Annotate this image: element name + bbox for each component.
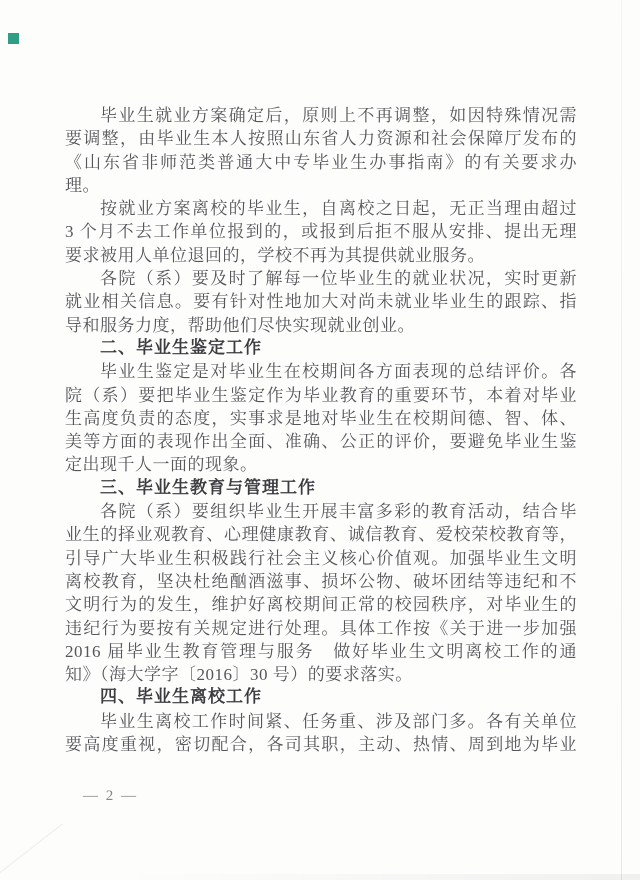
scan-edge-line bbox=[621, 0, 622, 880]
text-line: 理。 bbox=[65, 174, 577, 197]
text-line: 引导广大毕业生积极践行社会主义核心价值观。加强毕业生文明 bbox=[65, 547, 577, 570]
text-line: 导和服务力度，帮助他们尽快实现就业创业。 bbox=[65, 314, 577, 337]
text-line: 各院（系）要组织毕业生开展丰富多彩的教育活动，结合毕 bbox=[65, 500, 577, 523]
text-line: 要高度重视，密切配合，各司其职，主动、热情、周到地为毕业 bbox=[65, 733, 577, 756]
document-body: 毕业生就业方案确定后，原则上不再调整，如因特殊情况需 要调整，由毕业生本人按照山… bbox=[65, 104, 577, 756]
text-line: 3 个月不去工作单位报到的，或报到后拒不服从安排、提出无理 bbox=[65, 220, 577, 243]
text-line: 违纪行为要按有关规定进行处理。具体工作按《关于进一步加强 bbox=[65, 617, 577, 640]
text-line: 离校教育，坚决杜绝酗酒滋事、损坏公物、破坏团结等违纪和不 bbox=[65, 570, 577, 593]
scanned-document-page: 毕业生就业方案确定后，原则上不再调整，如因特殊情况需 要调整，由毕业生本人按照山… bbox=[0, 0, 640, 880]
text-line: 美等方面的表现作出全面、准确、公正的评价，要避免毕业生鉴 bbox=[65, 430, 577, 453]
text-line: 毕业生离校工作时间紧、任务重、涉及部门多。各有关单位 bbox=[65, 710, 577, 733]
text-line: 知》（海大学字〔2016〕30 号）的要求落实。 bbox=[65, 663, 577, 686]
page-number: — 2 — bbox=[83, 788, 138, 805]
text-line: 业生的择业观教育、心理健康教育、诚信教育、爱校荣校教育等， bbox=[65, 523, 577, 546]
section-heading: 四、毕业生离校工作 bbox=[65, 686, 577, 709]
text-line: 毕业生鉴定是对毕业生在校期间各方面表现的总结评价。各 bbox=[65, 360, 577, 383]
text-line: 按就业方案离校的毕业生，自离校之日起，无正当理由超过 bbox=[65, 197, 577, 220]
text-line: 院（系）要把毕业生鉴定作为毕业教育的重要环节，本着对毕业 bbox=[65, 384, 577, 407]
text-line: 要调整，由毕业生本人按照山东省人力资源和社会保障厅发布的 bbox=[65, 127, 577, 150]
scan-bottom-shadow bbox=[120, 874, 640, 880]
scan-crease bbox=[0, 823, 63, 879]
section-heading: 二、毕业生鉴定工作 bbox=[65, 337, 577, 360]
text-line: 各院（系）要及时了解每一位毕业生的就业状况，实时更新 bbox=[65, 267, 577, 290]
text-line: 就业相关信息。要有针对性地加大对尚未就业毕业生的跟踪、指 bbox=[65, 290, 577, 313]
text-line: 毕业生就业方案确定后，原则上不再调整，如因特殊情况需 bbox=[65, 104, 577, 127]
text-line: 要求被用人单位退回的，学校不再为其提供就业服务。 bbox=[65, 244, 577, 267]
text-line: 2016 届毕业生教育管理与服务 做好毕业生文明离校工作的通 bbox=[65, 640, 577, 663]
text-line: 定出现千人一面的现象。 bbox=[65, 453, 577, 476]
text-line: 文明行为的发生，维护好离校期间正常的校园秩序，对毕业生的 bbox=[65, 593, 577, 616]
scan-corner-mark bbox=[8, 33, 19, 44]
text-line: 《山东省非师范类普通大中专毕业生办事指南》的有关要求办 bbox=[65, 151, 577, 174]
text-line: 生高度负责的态度，实事求是地对毕业生在校期间德、智、体、 bbox=[65, 407, 577, 430]
section-heading: 三、毕业生教育与管理工作 bbox=[65, 477, 577, 500]
